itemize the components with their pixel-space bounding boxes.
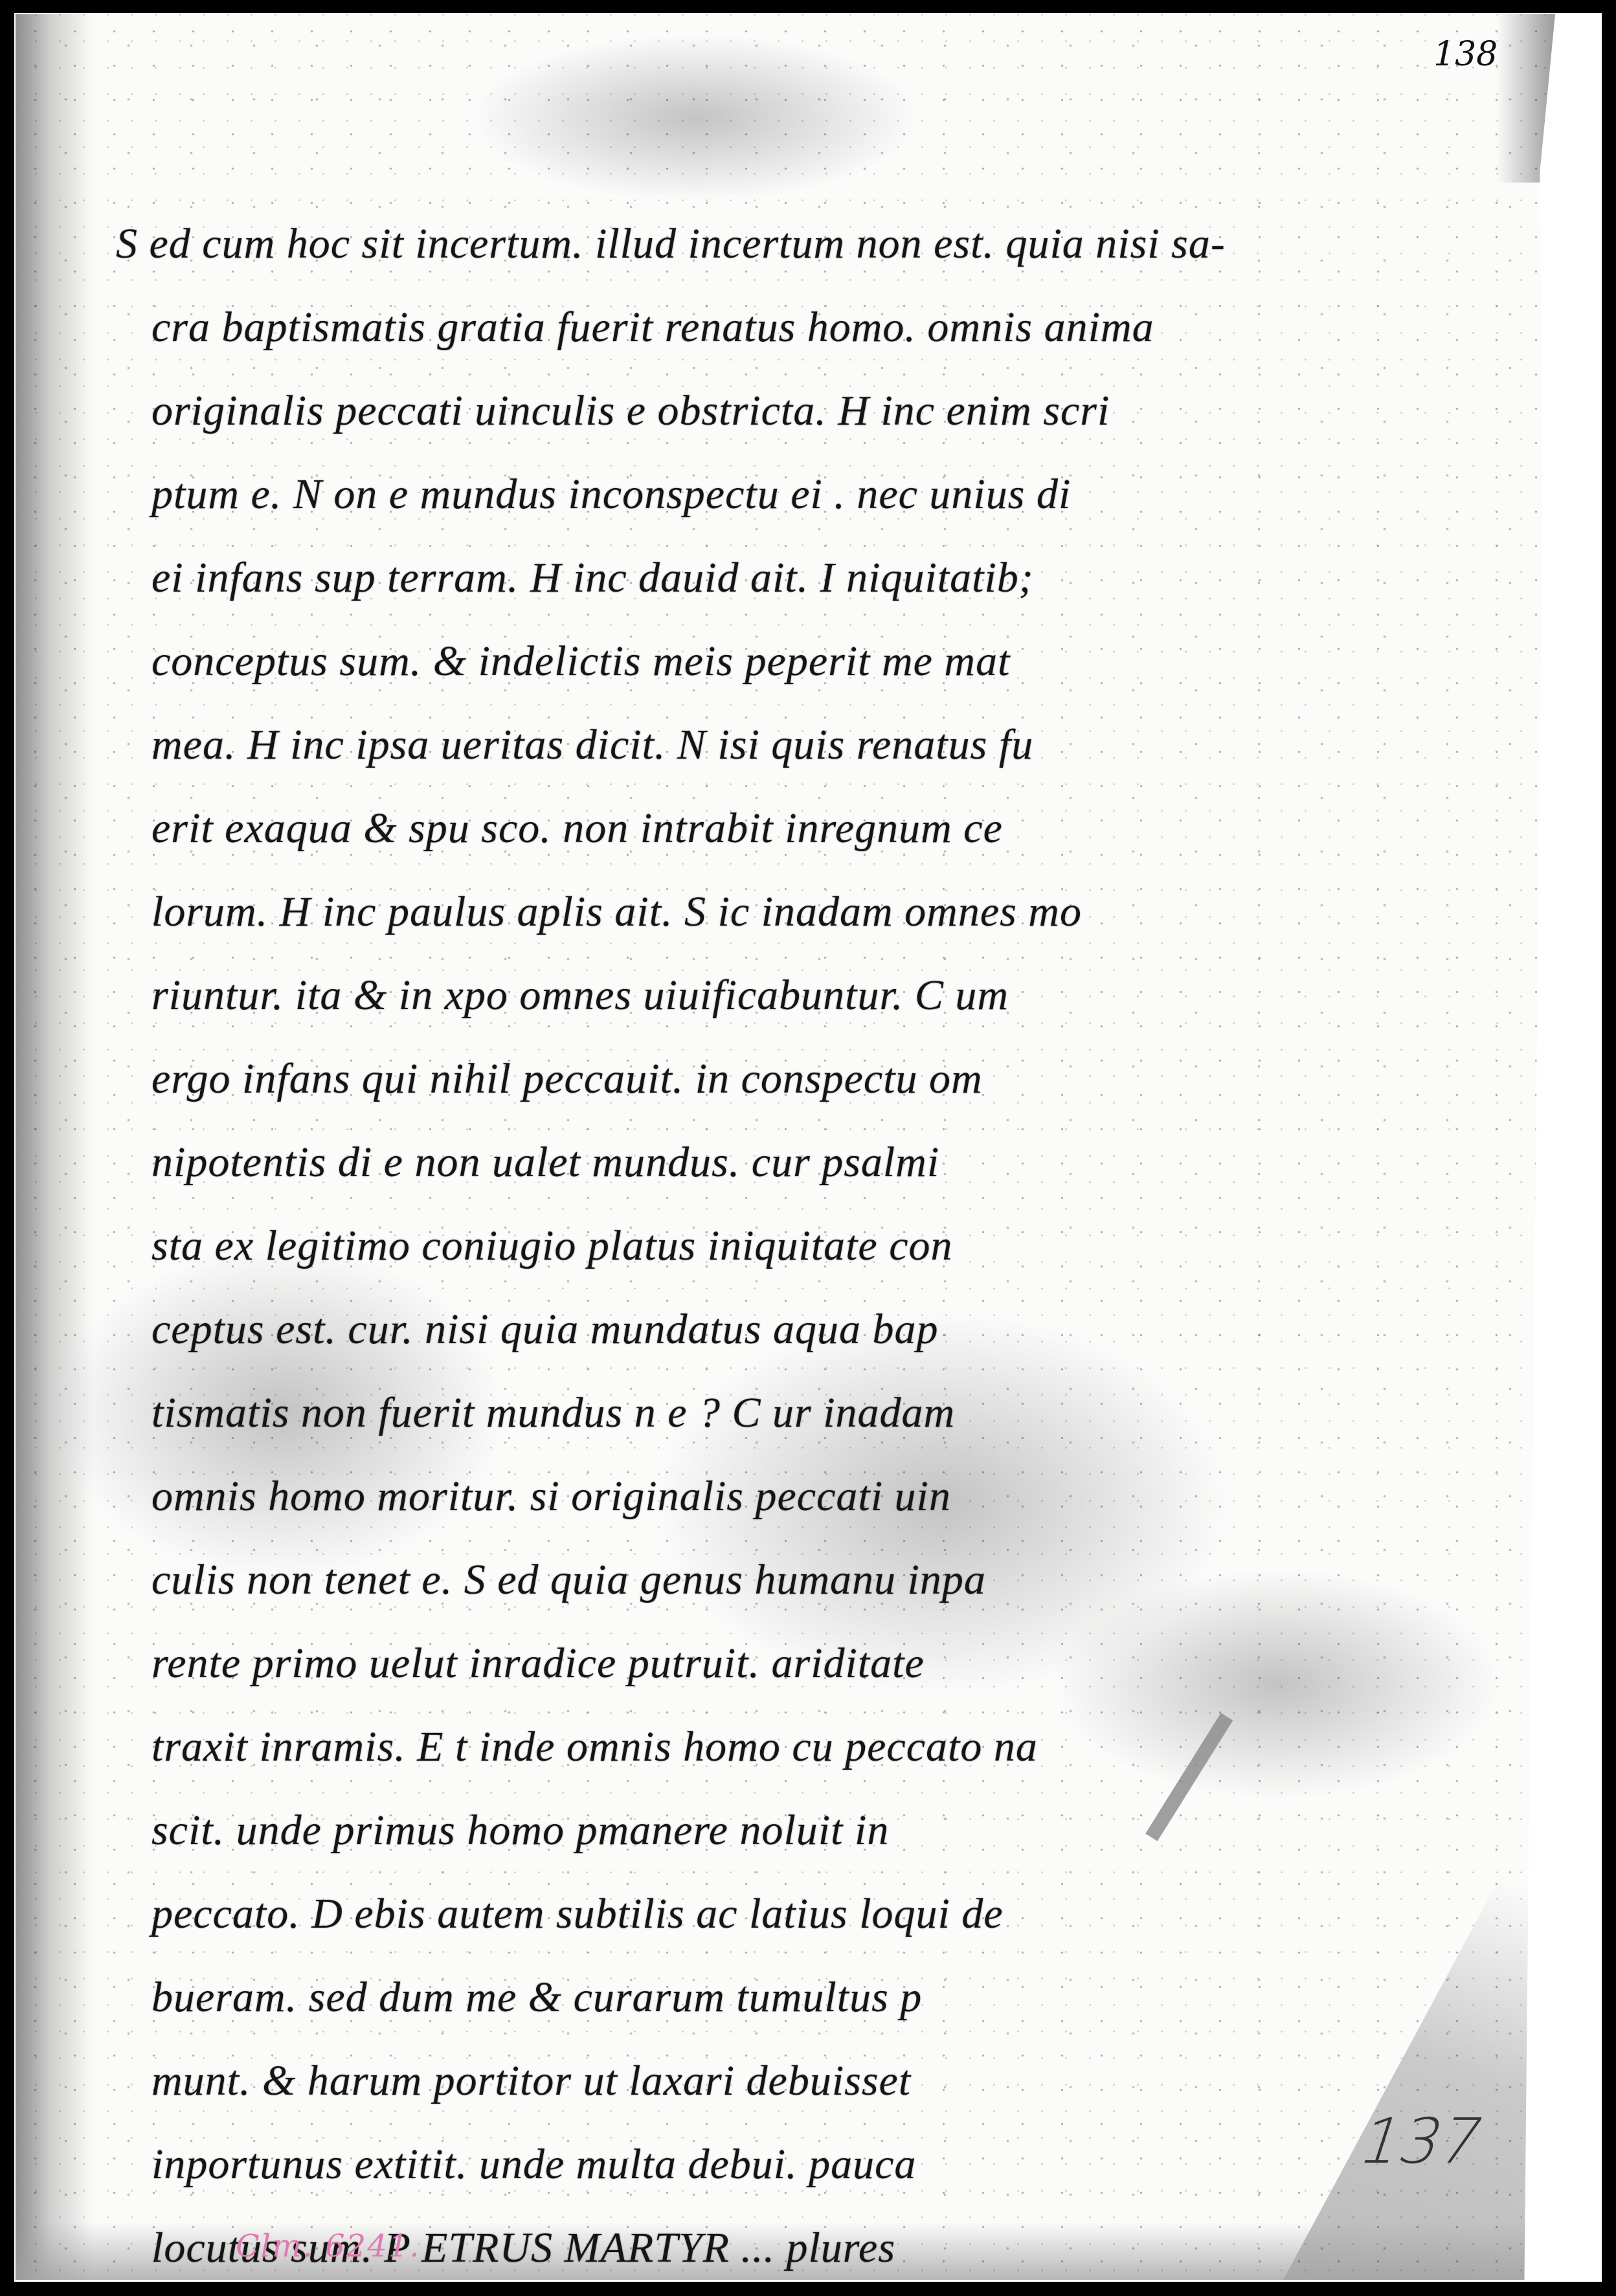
text-line: cra baptismatis gratia fuerit renatus ho… <box>116 285 1242 369</box>
text-line: rente primo uelut inradice putruit. arid… <box>116 1622 1242 1705</box>
text-line: originalis peccati uinculis e obstricta.… <box>116 369 1242 452</box>
text-line: ptum e. N on e mundus inconspectu ei . n… <box>116 452 1242 536</box>
text-line: nipotentis di e non ualet mundus. cur ps… <box>116 1120 1242 1204</box>
text-line: munt. & harum portitor ut laxari debuiss… <box>116 2039 1242 2123</box>
folio-number: 138 <box>1433 35 1498 74</box>
text-line: ergo infans qui nihil peccauit. in consp… <box>116 1037 1242 1120</box>
text-line: ei infans sup terram. H inc dauid ait. I… <box>116 536 1242 619</box>
text-line: peccato. D ebis autem subtilis ac latius… <box>116 1872 1242 1956</box>
text-line: conceptus sum. & indelictis meis peperit… <box>116 619 1242 703</box>
text-line: sta ex legitimo coniugio platus iniquita… <box>116 1204 1242 1287</box>
text-line: erit exaqua & spu sco. non intrabit inre… <box>116 786 1242 870</box>
photograph-frame: 138 S ed cum hoc sit incertum. illud inc… <box>14 13 1602 2282</box>
text-line: tismatis non fuerit mundus n e ? C ur in… <box>116 1371 1242 1455</box>
text-line: culis non tenet e. S ed quia genus human… <box>116 1538 1242 1622</box>
text-line: bueram. sed dum me & curarum tumultus p <box>116 1956 1242 2039</box>
text-line: S ed cum hoc sit incertum. illud incertu… <box>116 202 1242 285</box>
text-line: scit. unde primus homo pmanere noluit in <box>116 1789 1242 1872</box>
text-line: inportunus extitit. unde multa debui. pa… <box>116 2123 1242 2206</box>
library-shelfmark: Clm. 6241. <box>236 2228 421 2264</box>
manuscript-leaf: 138 S ed cum hoc sit incertum. illud inc… <box>16 14 1555 2280</box>
text-line: mea. H inc ipsa ueritas dicit. N isi qui… <box>116 703 1242 786</box>
text-line: riuntur. ita & in xpo omnes uiuificabunt… <box>116 953 1242 1037</box>
text-line: ceptus est. cur. nisi quia mundatus aqua… <box>116 1287 1242 1371</box>
text-line: omnis homo moritur. si originalis peccat… <box>116 1455 1242 1538</box>
pencil-folio-number: 137 <box>1351 2105 1493 2178</box>
text-line: traxit inramis. E t inde omnis homo cu p… <box>116 1705 1242 1789</box>
manuscript-text-block: S ed cum hoc sit incertum. illud incertu… <box>116 202 1242 2282</box>
text-line: lorum. H inc paulus aplis ait. S ic inad… <box>116 870 1242 953</box>
